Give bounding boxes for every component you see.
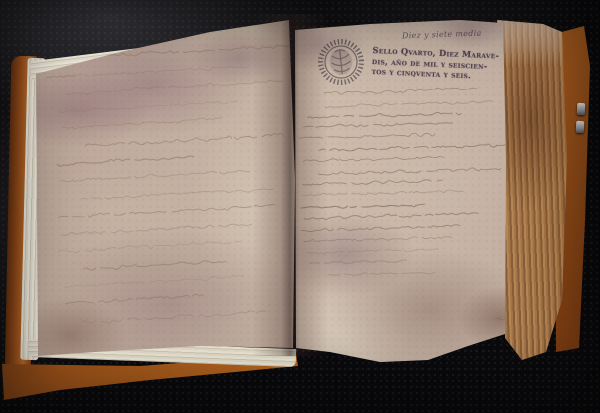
metal-clasp-lower [576,121,585,133]
sello-line-2: dis, año de mil y seiscien- [372,56,510,73]
seal-stamp-icon [311,33,370,90]
metal-clasp-upper [577,103,586,115]
sello-line-1: Sello Qvarto, Diez Marave- [372,45,510,62]
photo-scene: Sello Qvarto, Diez Marave- dis, año de m… [0,0,600,413]
sello-printed-heading: Sello Qvarto, Diez Marave- dis, año de m… [371,45,510,83]
sello-line-3: tos y cinqventa y seis. [371,66,509,83]
marginal-inscription: Diez y siete media [402,29,482,41]
